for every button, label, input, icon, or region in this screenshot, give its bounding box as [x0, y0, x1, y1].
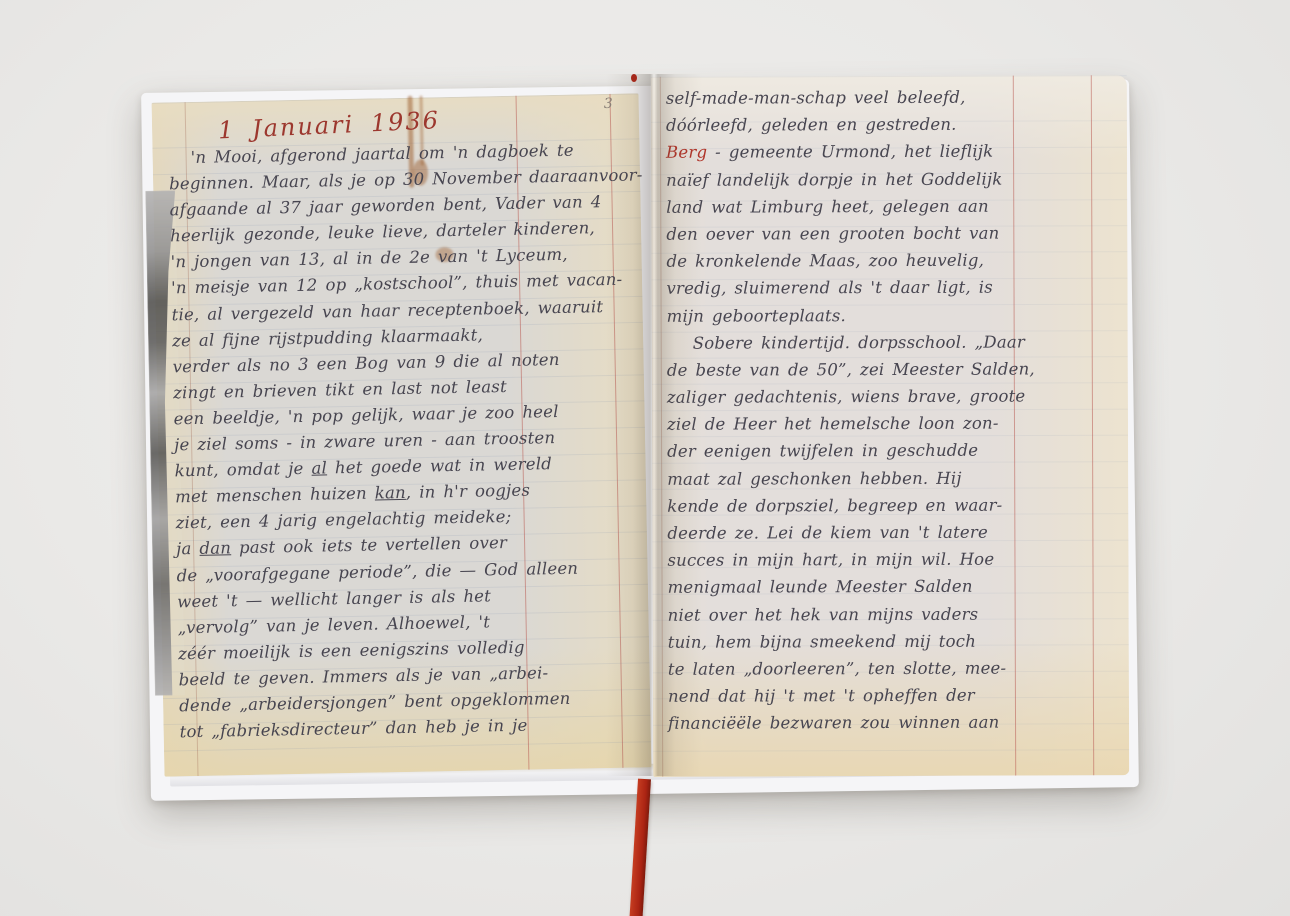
- handwriting-line: zaliger gedachtenis, wiens brave, groote: [667, 386, 1128, 415]
- handwriting-line: nend dat hij 't met 't opheffen der: [668, 685, 1129, 714]
- line-fragment: , in h'r oogjes: [406, 481, 531, 502]
- handwriting-line: de kronkelende Maas, zoo heuvelig,: [666, 250, 1127, 279]
- left-page-text: 'n Mooi, afgerond jaartal om 'n dagboek …: [168, 139, 650, 748]
- left-margin-line: [660, 77, 663, 777]
- handwriting-line: kende de dorpsziel, begreep en waar-: [667, 495, 1128, 524]
- line-fragment: past ook iets te vertellen over: [231, 533, 507, 557]
- handwriting-line: ziel de Heer het hemelsche loon zon-: [667, 413, 1128, 442]
- page-number: 3: [604, 96, 613, 112]
- line-fragment: het goede wat in wereld: [327, 454, 552, 477]
- left-page: 3 1 Januari 1936 'n Mooi, afgerond jaart…: [152, 93, 652, 776]
- line-fragment: ja: [176, 539, 200, 558]
- place-name-red-ink: Berg: [666, 143, 707, 162]
- handwriting-line: Berg - gemeente Urmond, het lieflijk: [666, 142, 1127, 171]
- handwriting-line: Sobere kindertijd. dorpsschool. „Daar: [667, 332, 1128, 361]
- line-fragment: met menschen huizen: [175, 484, 375, 507]
- underlined-word: al: [311, 459, 327, 478]
- handwriting-line: maat zal geschonken hebben. Hij: [667, 468, 1128, 497]
- handwriting-line: menigmaal leunde Meester Salden: [668, 577, 1129, 606]
- handwriting-line: der eenigen twijfelen in geschudde: [667, 441, 1128, 470]
- handwriting-line: tuin, hem bijna smeekend mij toch: [668, 631, 1129, 660]
- handwriting-line: vredig, sluimerend als 't daar ligt, is: [666, 277, 1127, 306]
- handwriting-line: land wat Limburg heet, gelegen aan: [666, 196, 1127, 225]
- handwriting-line: mijn geboorteplaats.: [667, 305, 1128, 334]
- handwriting-line: niet over het hek van mijns vaders: [668, 604, 1129, 633]
- diary-photograph: 3 1 Januari 1936 'n Mooi, afgerond jaart…: [0, 0, 1290, 916]
- entry-date-title: 1 Januari 1936: [218, 106, 441, 144]
- right-page-text: self-made-man-schap veel beleefd, dóórle…: [666, 87, 1129, 741]
- right-page: self-made-man-schap veel beleefd, dóórle…: [651, 75, 1129, 777]
- handwriting-line: self-made-man-schap veel beleefd,: [666, 87, 1127, 116]
- line-fragment: - gemeente Urmond, het lieflijk: [707, 142, 993, 162]
- handwriting-line: dóórleefd, geleden en gestreden.: [666, 114, 1127, 143]
- handwriting-line: financiëële bezwaren zou winnen aan: [668, 712, 1129, 741]
- handwriting-line: deerde ze. Lei de kiem van 't latere: [667, 522, 1128, 551]
- ribbon-bookmark-tip: [631, 74, 637, 82]
- handwriting-line: de beste van de 50”, zei Meester Salden,: [667, 359, 1128, 388]
- handwriting-line: naïef landelijk dorpje in het Goddelijk: [666, 169, 1127, 198]
- underlined-word: kan: [375, 483, 406, 503]
- underlined-word: dan: [199, 539, 231, 559]
- handwriting-line: succes in mijn hart, in mijn wil. Hoe: [667, 549, 1128, 578]
- handwriting-line: te laten „doorleeren”, ten slotte, mee-: [668, 658, 1129, 687]
- line-fragment: kunt, omdat je: [174, 459, 311, 481]
- ribbon-bookmark: [629, 779, 651, 916]
- handwriting-line: den oever van een grooten bocht van: [666, 223, 1127, 252]
